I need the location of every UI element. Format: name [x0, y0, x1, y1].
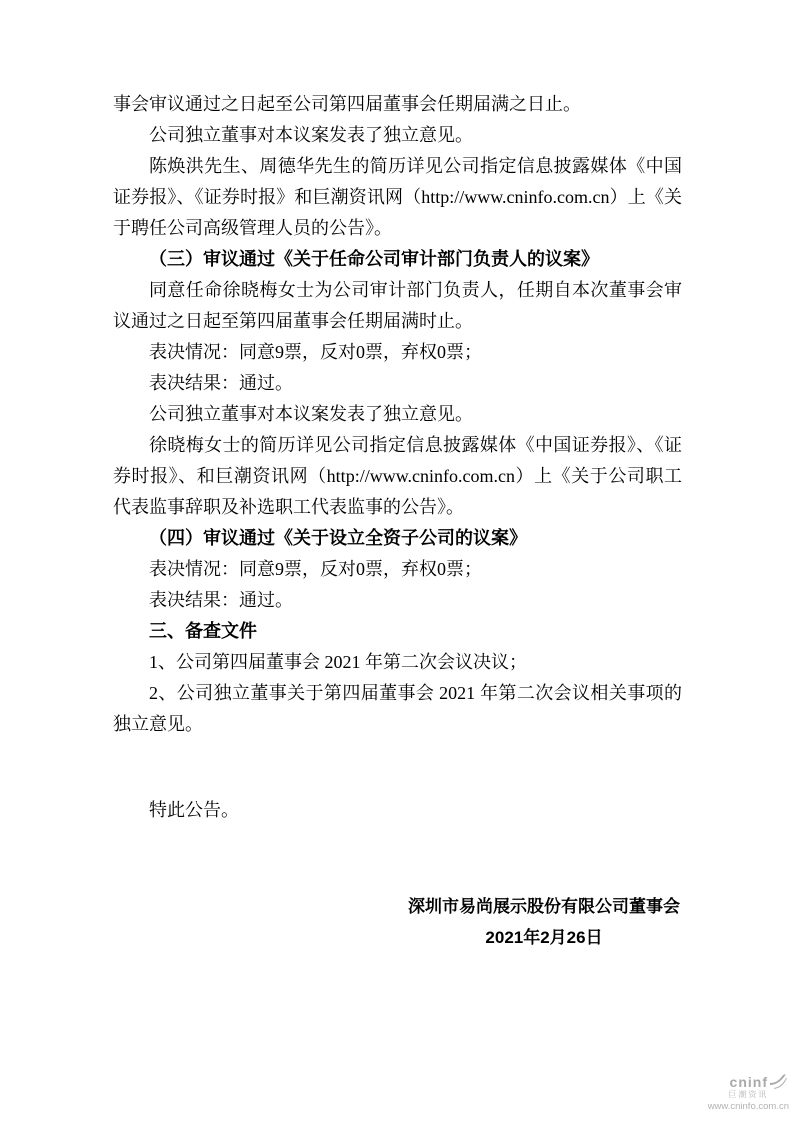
paragraph-reference-doc-2: 2、公司独立董事关于第四届董事会 2021 年第二次会议相关事项的独立意见。	[113, 678, 682, 740]
paragraph-resume-disclosure-1: 陈焕洪先生、周德华先生的简历详见公司指定信息披露媒体《中国证券报》、《证券时报》…	[113, 151, 682, 244]
paragraph-resume-disclosure-2: 徐晓梅女士的简历详见公司指定信息披露媒体《中国证券报》、《证券时报》、和巨潮资讯…	[113, 430, 682, 523]
paragraph-appointment-auditor: 同意任命徐晓梅女士为公司审计部门负责人，任期自本次董事会审议通过之日起至第四届董…	[113, 275, 682, 337]
paragraph-independent-opinion-1: 公司独立董事对本议案发表了独立意见。	[113, 120, 682, 151]
signature-row: 深圳市易尚展示股份有限公司董事会 2021年2月26日	[113, 891, 682, 953]
cninfo-logo: cninf	[730, 1074, 787, 1089]
section-heading-item3: （三）审议通过《关于任命公司审计部门负责人的议案》	[113, 244, 682, 275]
section-heading-reference-documents: 三、备查文件	[113, 616, 682, 647]
paragraph-reference-doc-1: 1、公司第四届董事会 2021 年第二次会议决议；	[113, 647, 682, 678]
paragraph-vote-status-2: 表决情况：同意9票，反对0票，弃权0票；	[113, 554, 682, 585]
section-heading-item4: （四）审议通过《关于设立全资子公司的议案》	[113, 523, 682, 554]
cninfo-logo-text: cninf	[730, 1075, 768, 1089]
closing-announcement-line: 特此公告。	[113, 795, 682, 826]
paragraph-vote-status-1: 表决情况：同意9票，反对0票，弃权0票；	[113, 337, 682, 368]
paragraph-continuation: 事会审议通过之日起至公司第四届董事会任期届满之日止。	[113, 89, 682, 120]
cninfo-brand-cn: 巨潮资讯	[728, 1090, 768, 1100]
document-body: 事会审议通过之日起至公司第四届董事会任期届满之日止。 公司独立董事对本议案发表了…	[113, 89, 682, 953]
paragraph-vote-result-1: 表决结果：通过。	[113, 368, 682, 399]
document-page: 事会审议通过之日起至公司第四届董事会任期届满之日止。 公司独立董事对本议案发表了…	[0, 0, 794, 1123]
paragraph-vote-result-2: 表决结果：通过。	[113, 585, 682, 616]
cninfo-url: www.cninfo.com.cn	[708, 1101, 789, 1112]
paragraph-independent-opinion-2: 公司独立董事对本议案发表了独立意见。	[113, 399, 682, 430]
signature-date: 2021年2月26日	[408, 922, 680, 953]
signature-company-name: 深圳市易尚展示股份有限公司董事会	[408, 891, 680, 922]
cninfo-swoosh-icon	[769, 1074, 787, 1089]
cninfo-watermark: cninf 巨潮资讯 www.cninfo.com.cn	[708, 1074, 789, 1112]
signature-block: 深圳市易尚展示股份有限公司董事会 2021年2月26日	[408, 891, 682, 953]
